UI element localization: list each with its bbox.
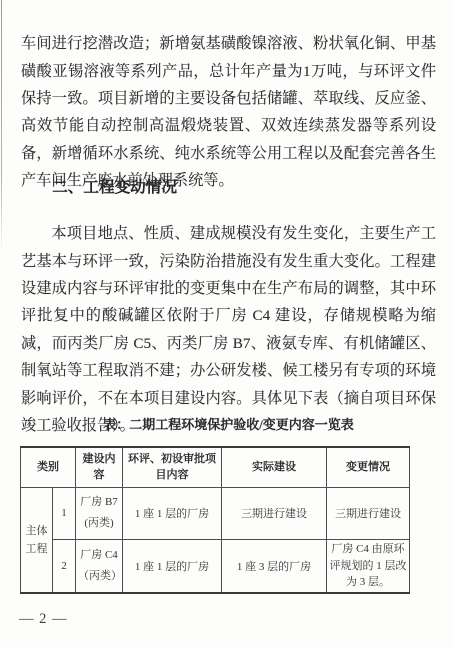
approved-content-cell: 1 座 1 层的厂房 [123, 487, 222, 539]
table-caption: 表：二期工程环境保护验收/变更内容一览表 [21, 414, 436, 433]
col-header-change: 变更情况 [327, 447, 410, 487]
page-number: — 2 — [19, 611, 68, 628]
row-number-cell: 2 [53, 539, 76, 593]
scan-edge-artifact [1, 0, 2, 255]
paragraph-continued: 车间进行挖潜改造；新增氨基磺酸镍溶液、粉状氧化铜、甲基磺酸亚锡溶液等系列产品，总… [21, 30, 436, 194]
col-header-content: 建设内容 [76, 447, 123, 487]
col-header-category: 类别 [21, 447, 76, 487]
change-status-cell: 厂房 C4 由原环评规划的 1 层改为 3 层。 [327, 539, 410, 593]
paragraph-change-overview: 本项目地点、性质、建成规模没有发生变化，主要生产工艺基本与环评一致，污染防治措施… [21, 220, 436, 439]
table-row: 2 厂房 C4 （丙类） 1 座 1 层的厂房 1 座 3 层的厂房 厂房 C4… [21, 539, 410, 593]
construction-content-cell: 厂房 C4 （丙类） [76, 539, 123, 593]
section-heading: 二、工程变动情况 [21, 175, 436, 197]
actual-construction-cell: 三期进行建设 [222, 487, 327, 539]
table-row: 主体工程 1 厂房 B7 (丙类) 1 座 1 层的厂房 三期进行建设 三期进行… [21, 487, 410, 539]
construction-content-cell: 厂房 B7 (丙类) [76, 487, 123, 539]
category-cell: 主体工程 [21, 487, 53, 593]
change-summary-table: 类别 建设内容 环评、初设审批项目内容 实际建设 变更情况 主体工程 1 厂房 … [20, 446, 410, 594]
approved-content-cell: 1 座 1 层的厂房 [123, 539, 222, 593]
table-header-row: 类别 建设内容 环评、初设审批项目内容 实际建设 变更情况 [21, 447, 410, 487]
col-header-approved: 环评、初设审批项目内容 [123, 447, 222, 487]
row-number-cell: 1 [53, 487, 76, 539]
change-status-cell: 三期进行建设 [327, 487, 410, 539]
actual-construction-cell: 1 座 3 层的厂房 [222, 539, 327, 593]
document-page: 车间进行挖潜改造；新增氨基磺酸镍溶液、粉状氧化铜、甲基磺酸亚锡溶液等系列产品，总… [0, 0, 454, 648]
col-header-actual: 实际建设 [222, 447, 327, 487]
